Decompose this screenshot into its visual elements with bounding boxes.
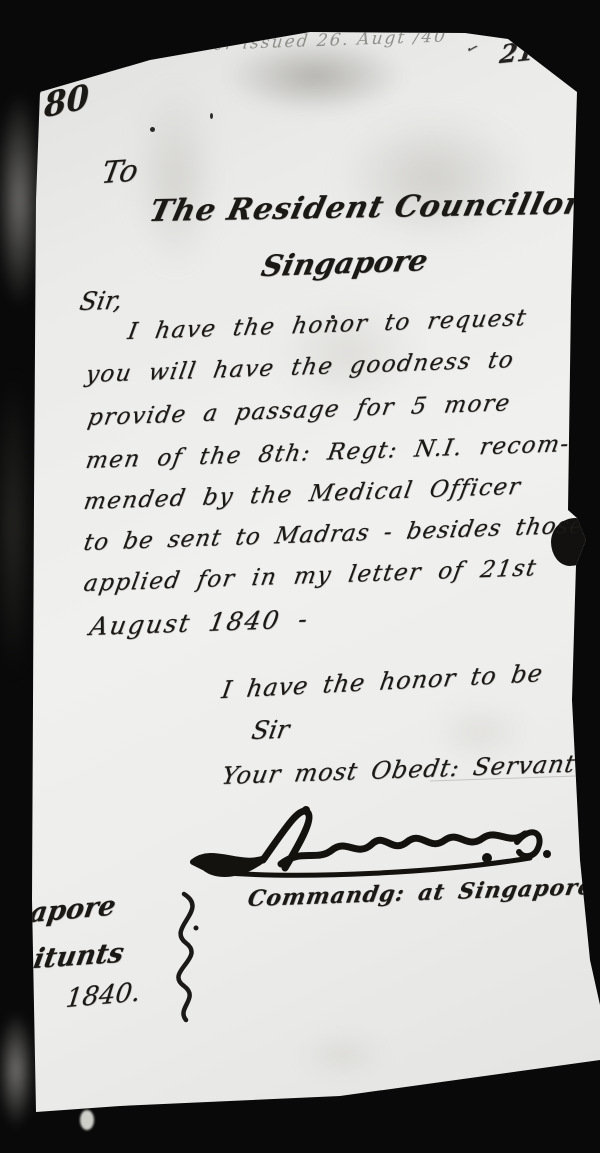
letter-place: Singapore [258, 243, 431, 283]
body-line: I have the honor to request [126, 305, 530, 345]
closing-line: Sir [249, 715, 291, 745]
letter-number: 80 [44, 76, 89, 125]
tick-mark: ✓ [464, 40, 479, 57]
stain [305, 90, 560, 265]
valediction: Your most Obedt: Servant [220, 750, 578, 791]
letter-salutation: Sir, [77, 285, 124, 316]
body-line: men of the 8th: Regt: N.I. recom- [84, 431, 572, 474]
page-number: 219. [498, 33, 563, 69]
closing-line: I have the honor to be [220, 659, 545, 704]
gutter-pebble [80, 1110, 94, 1130]
stain [285, 1025, 400, 1085]
ink-speck [210, 113, 213, 119]
letter-recipient: The Resident Councillor [146, 186, 585, 229]
body-line: provide a passage for 5 more [86, 390, 513, 431]
body-line: mended by the Medical Officer [82, 474, 524, 515]
docket-line: itunts [31, 938, 126, 976]
gutter-smudge [0, 995, 40, 1145]
docket-line: 1840. [64, 977, 142, 1014]
docket-line: apore [28, 890, 118, 929]
gutter-smudge [0, 330, 36, 720]
ink-speck [150, 127, 155, 132]
body-line: you will have the goodness to [84, 347, 517, 388]
body-line: to be sent to Madras - besides those [82, 512, 587, 556]
paper-sheet: Civil Order issued 26. Augt /40 ✓ 219. 8… [0, 0, 600, 1153]
edge-pen-stroke [29, 86, 42, 119]
scanned-letter-page: Civil Order issued 26. Augt /40 ✓ 219. 8… [0, 0, 600, 1153]
body-line: applied for in my letter of 21st [82, 555, 539, 597]
body-line: August 1840 - [87, 604, 311, 641]
pencil-annotation: Civil Order issued 26. Augt /40 [117, 26, 448, 58]
letter-to: To [99, 153, 141, 191]
docket-flourish [138, 888, 218, 1028]
